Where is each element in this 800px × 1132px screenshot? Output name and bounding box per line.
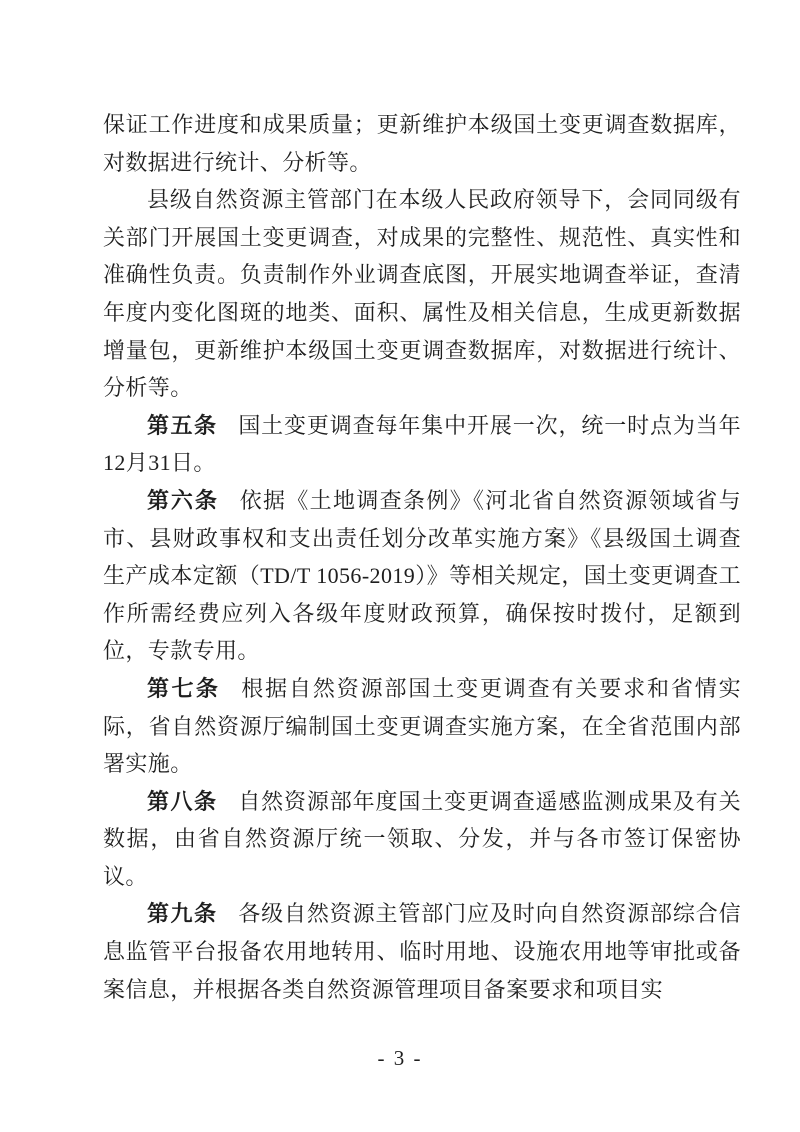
article-number: 第九条 (147, 901, 217, 926)
paragraph: 第五条国土变更调查每年集中开展一次，统一时点为当年12月31日。 (103, 407, 741, 482)
paragraph-text: 保证工作进度和成果质量；更新维护本级国土变更调查数据库，对数据进行统计、分析等。 (103, 112, 741, 175)
page-number: - 3 - (0, 1046, 800, 1071)
article-number: 第七条 (147, 676, 220, 701)
paragraph: 保证工作进度和成果质量；更新维护本级国土变更调查数据库，对数据进行统计、分析等。 (103, 106, 741, 181)
document-page: 保证工作进度和成果质量；更新维护本级国土变更调查数据库，对数据进行统计、分析等。… (0, 0, 800, 1132)
article-number: 第五条 (147, 413, 217, 438)
paragraph: 第六条依据《土地调查条例》《河北省自然资源领域省与市、县财政事权和支出责任划分改… (103, 482, 741, 670)
paragraph: 第七条根据自然资源部国土变更调查有关要求和省情实际，省自然资源厅编制国土变更调查… (103, 670, 741, 783)
paragraph-text: 县级自然资源主管部门在本级人民政府领导下，会同同级有关部门开展国土变更调查，对成… (103, 187, 741, 400)
article-number: 第八条 (147, 789, 217, 814)
paragraph-text: 依据《土地调查条例》《河北省自然资源领域省与市、县财政事权和支出责任划分改革实施… (103, 488, 741, 663)
article-number: 第六条 (147, 488, 219, 513)
paragraph: 第八条自然资源部年度国土变更调查遥感监测成果及有关数据，由省自然资源厅统一领取、… (103, 783, 741, 896)
document-body: 保证工作进度和成果质量；更新维护本级国土变更调查数据库，对数据进行统计、分析等。… (103, 106, 741, 1008)
paragraph: 县级自然资源主管部门在本级人民政府领导下，会同同级有关部门开展国土变更调查，对成… (103, 181, 741, 407)
paragraph: 第九条各级自然资源主管部门应及时向自然资源部综合信息监管平台报备农用地转用、临时… (103, 895, 741, 1008)
